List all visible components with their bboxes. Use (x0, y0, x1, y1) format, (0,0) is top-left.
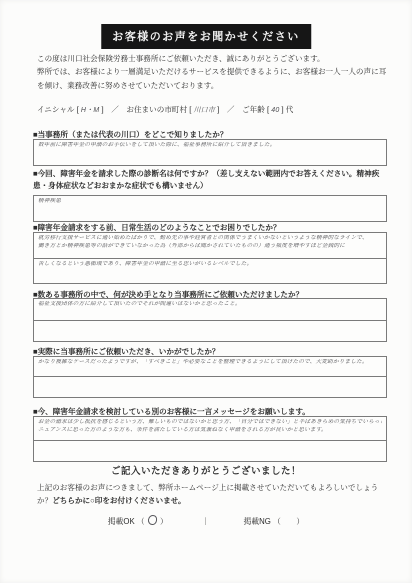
handwritten-answer: 数年前に障害年金の申請のお手伝いをして頂いた際に、福祉事務所に紹介して頂きました… (38, 142, 382, 150)
answer-row: 数年前に障害年金の申請のお手伝いをして頂いた際に、福祉事務所に紹介して頂きました… (34, 140, 386, 165)
thanks-heading: ご記入いただきありがとうございました！ (0, 463, 412, 477)
handwritten-answer: ニュアンスに思った方のような方も、条件を満たしている方は気兼ねなく申請をされる方… (38, 427, 382, 435)
answer-box-deciding-factor: 福祉支援団体の方に紹介して頂いたのでそれが間違いはないかと思ったこと。 (33, 298, 387, 342)
ok-circle-mark (147, 514, 157, 525)
handwritten-answer: かなり複雑なケースだったようですが、「すべきこと」や必要なことを整理できるように… (38, 359, 382, 367)
publish-ok-label: 掲載OK （ ） (108, 515, 168, 527)
answer-row: かなり複雑なケースだったようですが、「すべきこと」や必要なことを整理できるように… (34, 357, 386, 376)
answer-row: 苦しくなるという悪循環であり、障害年金の申請に至る思いがいるレベルでした。 (34, 258, 386, 283)
age-value-handwritten: 40 (271, 107, 279, 114)
answer-box-diagnosis: 精神疾患 (33, 195, 387, 222)
city-value-handwritten: 川口市 (193, 107, 215, 114)
handwritten-answer: 就労移行支援サービスに通い始めたばかりで、勤め先の事や経営者との関係でうまくいか… (38, 235, 382, 243)
consent-bold-text: どちらかに○印をお付けくださいませ。 (52, 496, 185, 505)
handwritten-answer: 精神疾患 (38, 198, 382, 206)
initial-value-handwritten: H・M (81, 107, 100, 114)
answer-row (34, 440, 386, 461)
handwritten-answer: 働き方とか精神疾患等の話ができていなかった為（外部からは聞かされていたものの）通… (38, 243, 382, 251)
age-label: ] ／ ご年齢 [ (217, 105, 269, 114)
handwritten-answer: 福祉支援団体の方に紹介して頂いたのでそれが間違いはないかと思ったこと。 (38, 301, 382, 309)
handwritten-answer: お金の請求は少し抵抗を感じるという方、難しいものではないかと思う方、「自分ではで… (38, 419, 382, 427)
publish-ng-label: 掲載NG （ ） (244, 516, 305, 527)
intro-line-1: この度は川口社会保険労務士事務所にご依頼いただき、誠にありがとうございます。 (37, 52, 387, 65)
intro-text: この度は川口社会保険労務士事務所にご依頼いただき、誠にありがとうございます。 弊… (37, 52, 387, 92)
scanned-feedback-form: お客様のお声をお聞かせください この度は川口社会保険労務士事務所にご依頼いただき… (0, 0, 412, 583)
answer-box-experience: かなり複雑なケースだったようですが、「すべきこと」や必要なことを整理できるように… (33, 356, 387, 398)
initial-label: イニシャル [ (37, 105, 79, 114)
answer-box-message: お金の請求は少し抵抗を感じるという方、難しいものではないかと思う方、「自分ではで… (33, 416, 387, 462)
answer-row: お金の請求は少し抵抗を感じるという方、難しいものではないかと思う方、「自分ではで… (34, 417, 386, 440)
profile-line: イニシャル [ H・M ] ／ お住まいの市町村 [ 川口市 ] ／ ご年齢 [… (37, 104, 387, 115)
handwritten-answer: 苦しくなるという悪循環であり、障害年金の申請に至る思いがいるレベルでした。 (38, 261, 382, 269)
answer-row (34, 376, 386, 397)
publish-choice-line: 掲載OK （ ） ｜ 掲載NG （ ） (0, 515, 412, 527)
publish-ok-open: 掲載OK （ (108, 517, 145, 526)
answer-row (34, 320, 386, 341)
consent-note: 上記のお客様のお声につきまして、弊所ホームページ上に掲載させていただいてもよろし… (37, 481, 387, 508)
form-title: お客様のお声をお聞かせください (101, 24, 311, 49)
publish-ok-close: ） (160, 517, 168, 526)
age-suffix: ] 代 (282, 105, 294, 114)
answer-row: 福祉支援団体の方に紹介して頂いたのでそれが間違いはないかと思ったこと。 (34, 299, 386, 320)
answer-box-daily-trouble: 就労移行支援サービスに通い始めたばかりで、勤め先の事や経営者との関係でうまくいか… (33, 232, 387, 284)
question-heading-diagnosis: ■今回、障害年金を請求した際の診断名は何ですか？（差し支えない範囲内でお答えくだ… (33, 168, 387, 192)
answer-row: 就労移行支援サービスに通い始めたばかりで、勤め先の事や経営者との関係でうまくいか… (34, 233, 386, 258)
intro-line-2: 弊所では、お客様により一層満足いただけるサービスを提供できるように、お客様お一人… (37, 65, 387, 92)
city-label: ] ／ お住まいの市町村 [ (101, 105, 191, 114)
answer-row: 精神疾患 (34, 196, 386, 221)
answer-box-source: 数年前に障害年金の申請のお手伝いをして頂いた際に、福祉事務所に紹介して頂きました… (33, 139, 387, 166)
publish-separator: ｜ (202, 516, 210, 527)
